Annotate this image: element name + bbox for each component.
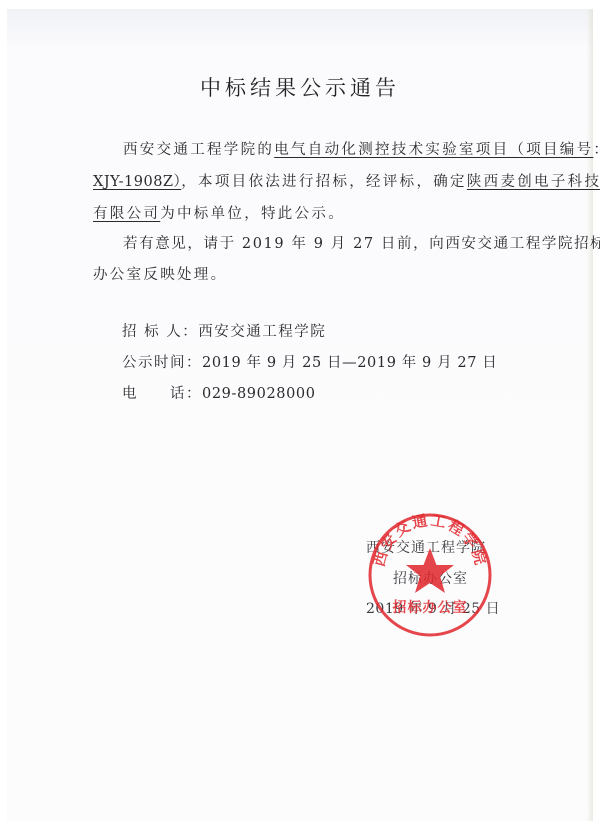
period-label: 公示时间： <box>122 355 202 371</box>
tenderer-row: 招 标 人：西安交通工程学院 <box>122 320 326 341</box>
scanned-page <box>7 9 593 821</box>
signature-date: 2019 年 9 月 25 日 <box>366 598 500 618</box>
colon: ： <box>593 142 600 158</box>
signature-office: 招标办公室 <box>393 568 468 588</box>
winning-company-part-1: 陕西麦创电子科技 <box>467 174 600 190</box>
phone-label: 电 话： <box>122 386 202 402</box>
project-code: XJY-1908Z） <box>93 174 181 190</box>
paragraph-2-line-2: 办公室反映处理。 <box>93 263 227 284</box>
paragraph-1-line-2: XJY-1908Z），本项目依法进行招标，经评标，确定陕西麦创电子科技 <box>93 170 600 191</box>
period-row: 公示时间：2019 年 9 月 25 日—2019 年 9 月 27 日 <box>122 351 497 372</box>
paragraph-2-line-1: 若有意见，请于 2019 年 9 月 27 日前，向西安交通工程学院招标 <box>123 232 600 253</box>
announcement-suffix: 为中标单位，特此公示。 <box>160 206 345 222</box>
signature-organization: 西安交通工程学院 <box>366 537 486 557</box>
project-name: 电气自动化测控技术实验室项目（项目编号 <box>274 142 593 158</box>
phone-row: 电 话：029-89028000 <box>122 382 316 403</box>
paragraph-1-line-1: 西安交通工程学院的电气自动化测控技术实验室项目（项目编号： <box>123 138 600 159</box>
winning-company-part-2: 有限公司 <box>93 206 160 222</box>
phone-value: 029-89028000 <box>202 386 316 402</box>
tenderer-label: 招 标 人： <box>122 324 198 340</box>
period-value: 2019 年 9 月 25 日—2019 年 9 月 27 日 <box>202 355 497 371</box>
tenderer-value: 西安交通工程学院 <box>198 324 326 340</box>
middle-text: ，本项目依法进行招标，经评标，确定 <box>181 174 467 190</box>
document-title: 中标结果公示通告 <box>0 72 600 102</box>
paragraph-1-line-3: 有限公司为中标单位，特此公示。 <box>93 202 345 223</box>
intro-text: 西安交通工程学院的 <box>123 142 274 158</box>
